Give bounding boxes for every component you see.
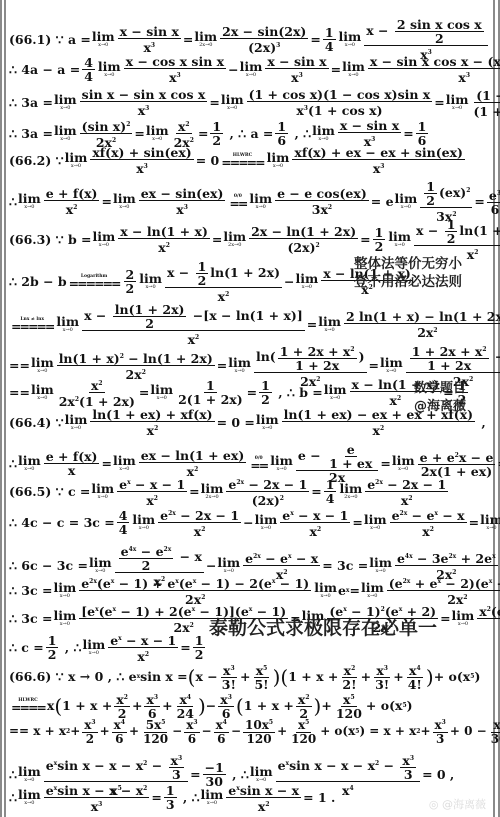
line-66-5-f: ∴ c = 12 , ∴ limx→0 ex − x − 1x2 = 12 (9, 632, 207, 663)
line-66-4-a: (66.4) ∵ limx→0 ln(1 + ex) + xf(x)x2 = 0… (9, 408, 486, 437)
left-border-outer (0, 0, 2, 817)
line-66-1-b: ∴ 4a − a = 44 limx→0 x − cos x sin xx3 −… (9, 55, 500, 84)
line-66-2-a: (66.2) ∵ limx→0 xf(x) + sin(ex)x3 = 0 HL… (9, 146, 467, 175)
problem-label: (66.2) (9, 153, 51, 168)
left-border-inner (4, 0, 6, 817)
problem-label: (66.6) (9, 669, 51, 684)
problem-label: (66.1) (9, 32, 51, 47)
watermark: ◎ @海离薇 (429, 796, 486, 812)
line-66-5-b: ∴ 4c − c = 3c = 44 limx→0 e2x − 2x − 1x2… (9, 507, 500, 538)
weibo-icon: ◎ (429, 798, 439, 811)
line-66-2-b: ∴ limx→0 e + f(x)x2 = limx→0 ex − sin(ex… (9, 180, 500, 223)
line-66-6-c: == x + x2 + x32 + x46 + 5x5120 − x36 − x… (9, 716, 500, 746)
problem-label: (66.4) (9, 415, 51, 430)
line-66-1-c: ∴ 3a = limx→0 sin x − sin x cos xx3 = li… (9, 87, 500, 118)
line-66-3-c: Lnx ≠ lnx===== limx→0 x − ln(1 + 2x)2 −[… (9, 303, 500, 346)
problem-label: (66.3) (9, 232, 51, 247)
line-66-5-d: ∴ 3c = limx→0 e2x(ex − 1) + ex(ex − 1) −… (9, 575, 500, 606)
line-66-3-e: == limx→0 x22x2(1 + 2x) = limx→0 12(1 + … (9, 377, 470, 408)
method-note: 整体法等价无穷小 登不用洛必达法则 (354, 255, 462, 291)
line-66-6-a: (66.6) ∵ x → 0 , ∴ exsin x = (x − x33! +… (9, 662, 480, 691)
taylor-note: 泰勒公式求极限存在必单一 (209, 613, 437, 640)
line-66-6-e: ∴ limx→0 exsin x − x − x2x3 = 13 , ∴ lim… (9, 782, 335, 813)
right-border-inner (493, 0, 495, 817)
line-66-5-a: (66.5) ∵ c = limx→0 ex − x − 1x2 = lim2x… (9, 476, 450, 507)
problem-label: (66.5) (9, 484, 51, 499)
